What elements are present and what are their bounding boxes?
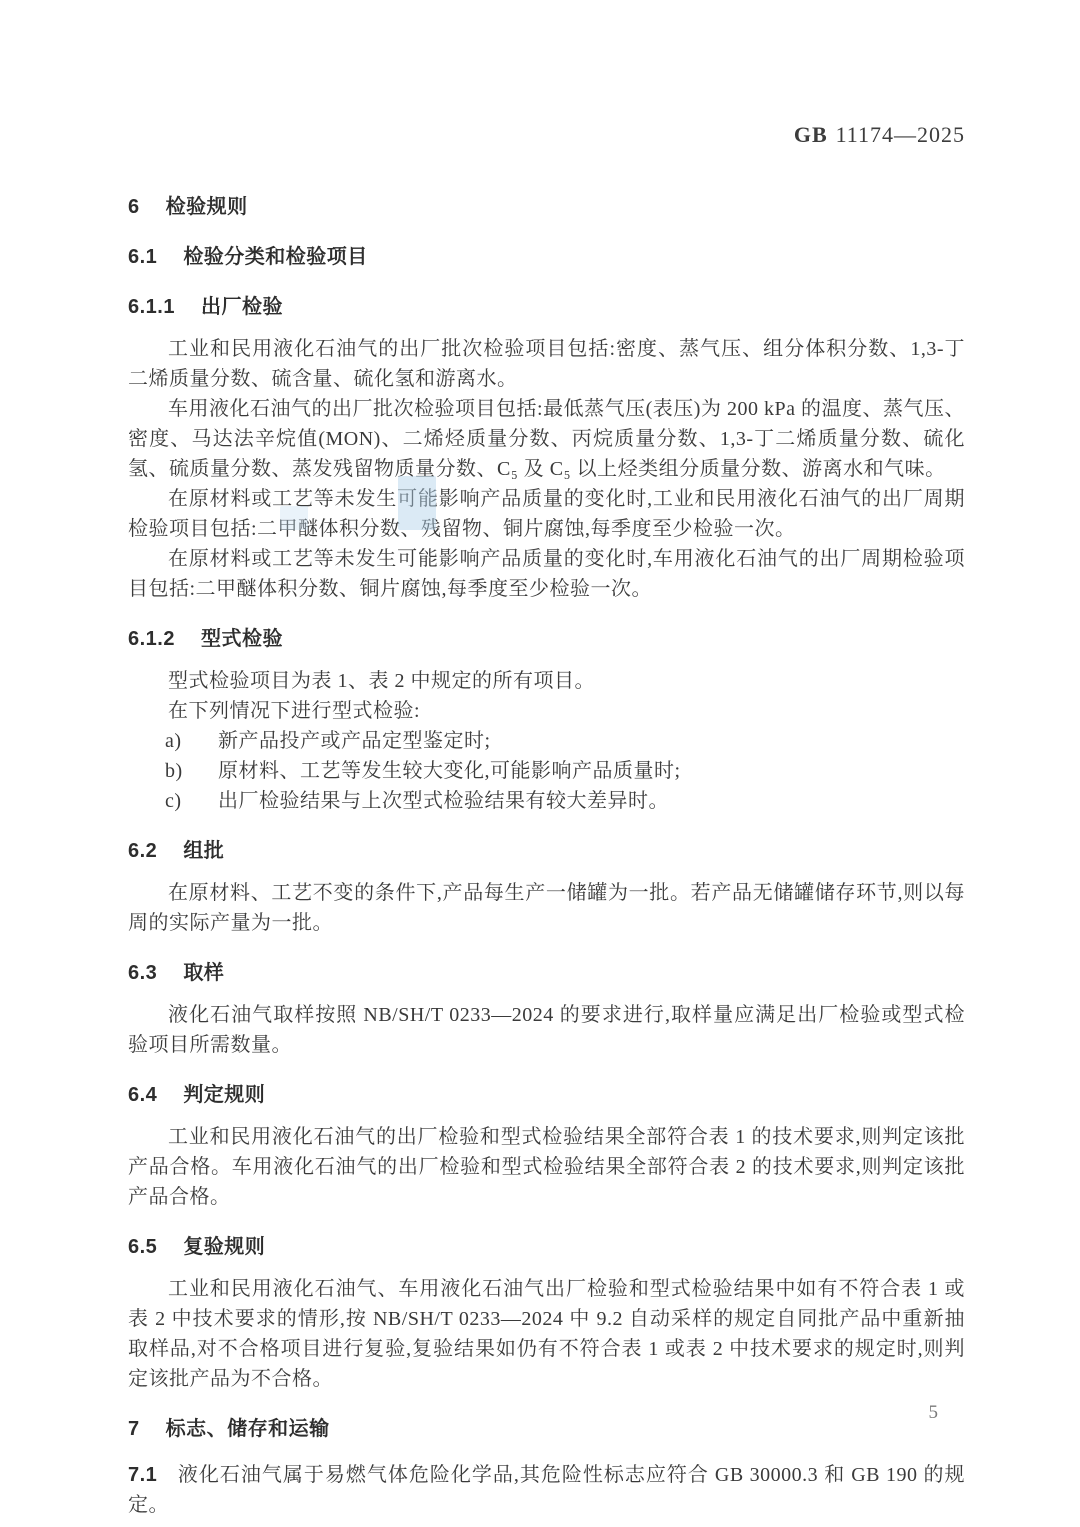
list-item-a: a)新产品投产或产品定型鉴定时; [128,726,965,756]
section-number: 6.5 [128,1236,157,1258]
document-page: GB11174—2025 6检验规则 6.1检验分类和检验项目 6.1.1出厂检… [0,0,1080,1527]
section-heading-6: 6检验规则 [128,192,965,222]
standard-code-number: 11174—2025 [836,122,965,147]
section-title: 取样 [183,962,224,984]
standard-code-header: GB11174—2025 [128,0,965,148]
section-heading-6-1: 6.1检验分类和检验项目 [128,242,965,272]
section-number: 6.2 [128,840,157,862]
section-heading-6-2: 6.2组批 [128,836,965,866]
section-heading-6-3: 6.3取样 [128,958,965,988]
paragraph-type-inspection-conditions: 在下列情况下进行型式检验: [128,696,965,726]
paragraph-sampling: 液化石油气取样按照 NB/SH/T 0233—2024 的要求进行,取样量应满足… [128,1000,965,1060]
clause-text: 液化石油气属于易燃气体危险化学品,其危险性标志应符合 GB 30000.3 和 … [128,1464,965,1516]
clause-number: 7.1 [128,1464,157,1486]
list-item-label: c) [165,786,218,816]
paragraph-factory-inspection-1: 工业和民用液化石油气的出厂批次检验项目包括:密度、蒸气压、组分体积分数、1,3-… [128,334,965,394]
section-heading-6-5: 6.5复验规则 [128,1232,965,1262]
paragraph-judgement-rules: 工业和民用液化石油气的出厂检验和型式检验结果全部符合表 1 的技术要求,则判定该… [128,1122,965,1212]
page-number: 5 [929,1402,939,1424]
section-number: 6.1.1 [128,296,175,318]
section-number: 6.4 [128,1084,157,1106]
list-item-text: 新产品投产或产品定型鉴定时; [218,730,491,752]
section-title: 判定规则 [183,1084,265,1106]
list-item-label: b) [165,756,218,786]
list-item-text: 原材料、工艺等发生较大变化,可能影响产品质量时; [218,760,681,782]
section-title: 型式检验 [201,628,283,650]
paragraph-batching: 在原材料、工艺不变的条件下,产品每生产一储罐为一批。若产品无储罐储存环节,则以每… [128,878,965,938]
section-heading-7: 7标志、储存和运输 [128,1414,965,1444]
section-number: 7 [128,1418,140,1440]
section-title: 出厂检验 [201,296,283,318]
section-number: 6 [128,196,140,218]
section-number: 6.1.2 [128,628,175,650]
section-title: 复验规则 [183,1236,265,1258]
section-title: 标志、储存和运输 [166,1418,330,1440]
list-item-b: b)原材料、工艺等发生较大变化,可能影响产品质量时; [128,756,965,786]
clause-7-1: 7.1液化石油气属于易燃气体危险化学品,其危险性标志应符合 GB 30000.3… [128,1460,965,1520]
paragraph-factory-inspection-2: 车用液化石油气的出厂批次检验项目包括:最低蒸气压(表压)为 200 kPa 的温… [128,394,965,484]
type-inspection-condition-list: a)新产品投产或产品定型鉴定时; b)原材料、工艺等发生较大变化,可能影响产品质… [128,726,965,816]
paragraph-factory-inspection-3: 在原材料或工艺等未发生可能影响产品质量的变化时,工业和民用液化石油气的出厂周期检… [128,484,965,544]
section-heading-6-1-2: 6.1.2型式检验 [128,624,965,654]
section-heading-6-1-1: 6.1.1出厂检验 [128,292,965,322]
section-title: 检验规则 [166,196,248,218]
list-item-c: c)出厂检验结果与上次型式检验结果有较大差异时。 [128,786,965,816]
list-item-label: a) [165,726,218,756]
paragraph-type-inspection-scope: 型式检验项目为表 1、表 2 中规定的所有项目。 [128,666,965,696]
list-item-text: 出厂检验结果与上次型式检验结果有较大差异时。 [218,790,669,812]
section-title: 组批 [183,840,224,862]
paragraph-factory-inspection-4: 在原材料或工艺等未发生可能影响产品质量的变化时,车用液化石油气的出厂周期检验项目… [128,544,965,604]
section-number: 6.3 [128,962,157,984]
standard-code-prefix: GB [794,122,828,147]
section-number: 6.1 [128,246,157,268]
paragraph-retest-rules: 工业和民用液化石油气、车用液化石油气出厂检验和型式检验结果中如有不符合表 1 或… [128,1274,965,1394]
section-heading-6-4: 6.4判定规则 [128,1080,965,1110]
section-title: 检验分类和检验项目 [183,246,368,268]
